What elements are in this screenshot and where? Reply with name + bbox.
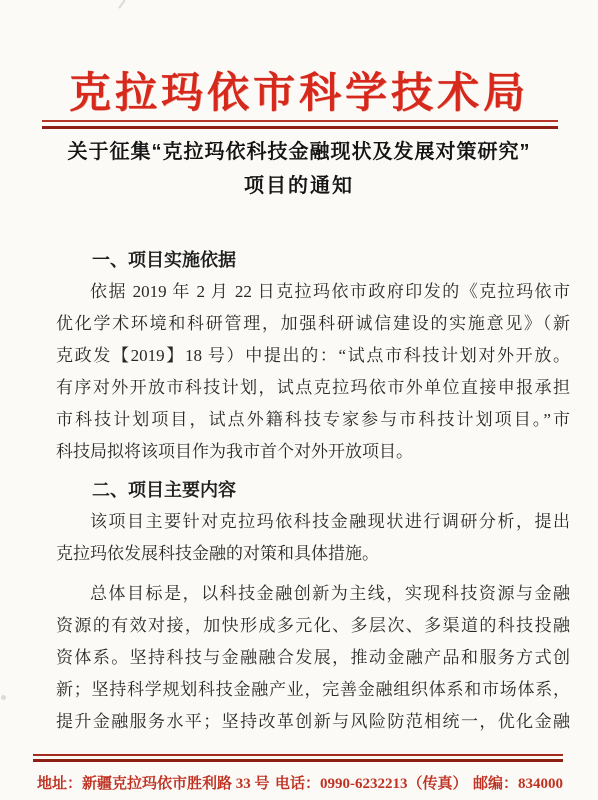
footer: 地址：新疆克拉玛依市胜利路 33 号 电话：0990-6232213（传真） 邮…	[37, 772, 563, 793]
header-rule-thin	[42, 120, 558, 122]
doc-title: 关于征集“克拉玛依科技金融现状及发展对策研究” 项目的通知	[0, 138, 598, 200]
body-line: 市科技计划项目，试点外籍科技专家参与市科技计划项目。”市	[56, 404, 570, 436]
body-line: 资体系。坚持科技与金融融合发展，推动金融产品和服务方式创	[56, 642, 570, 674]
scan-speck	[118, 0, 134, 15]
body-line: 该项目主要针对克拉玛依科技金融现状进行调研分析，提出	[56, 506, 570, 538]
body-line: 提升金融服务水平；坚持改革创新与风险防范相统一，优化金融	[56, 706, 570, 738]
footer-rule-thick	[33, 759, 563, 762]
body-text: 一、项目实施依据 依据 2019 年 2 月 22 日克拉玛依市政府印发的《克拉…	[56, 244, 570, 738]
footer-rule-thin	[33, 754, 563, 756]
header-rule-thick	[42, 126, 558, 129]
section1-heading: 一、项目实施依据	[56, 244, 570, 276]
body-line: 有序对外开放市科技计划，试点克拉玛依市外单位直接申报承担	[56, 372, 570, 404]
doc-title-line2: 项目的通知	[0, 172, 598, 200]
body-line: 总体目标是，以科技金融创新为主线，实现科技资源与金融	[56, 578, 570, 610]
agency-name: 克拉玛依市科学技术局	[0, 60, 598, 120]
doc-title-line1: 关于征集“克拉玛依科技金融现状及发展对策研究”	[0, 138, 598, 166]
scan-speck	[1, 695, 6, 700]
body-line: 资源的有效对接，加快形成多元化、多层次、多渠道的科技投融	[56, 610, 570, 642]
document-page: 克拉玛依市科学技术局 关于征集“克拉玛依科技金融现状及发展对策研究” 项目的通知…	[0, 0, 598, 800]
body-line: 克政发【2019】18 号）中提出的：“试点市科技计划对外开放。	[56, 340, 570, 372]
body-line: 新；坚持科学规划科技金融产业，完善金融组织体系和市场体系，	[56, 674, 570, 706]
body-line: 科技局拟将该项目作为我市首个对外开放项目。	[56, 436, 570, 468]
footer-phone: 电话：0990-6232213（传真）	[275, 772, 468, 793]
body-line: 依据 2019 年 2 月 22 日克拉玛依市政府印发的《克拉玛依市	[56, 276, 570, 308]
section2-heading: 二、项目主要内容	[56, 474, 570, 506]
footer-address: 地址：新疆克拉玛依市胜利路 33 号	[37, 772, 270, 793]
body-line: 优化学术环境和科研管理，加强科研诚信建设的实施意见》（新	[56, 308, 570, 340]
footer-postcode: 邮编：834000	[473, 772, 563, 793]
body-line: 克拉玛依发展科技金融的对策和具体措施。	[56, 538, 570, 570]
